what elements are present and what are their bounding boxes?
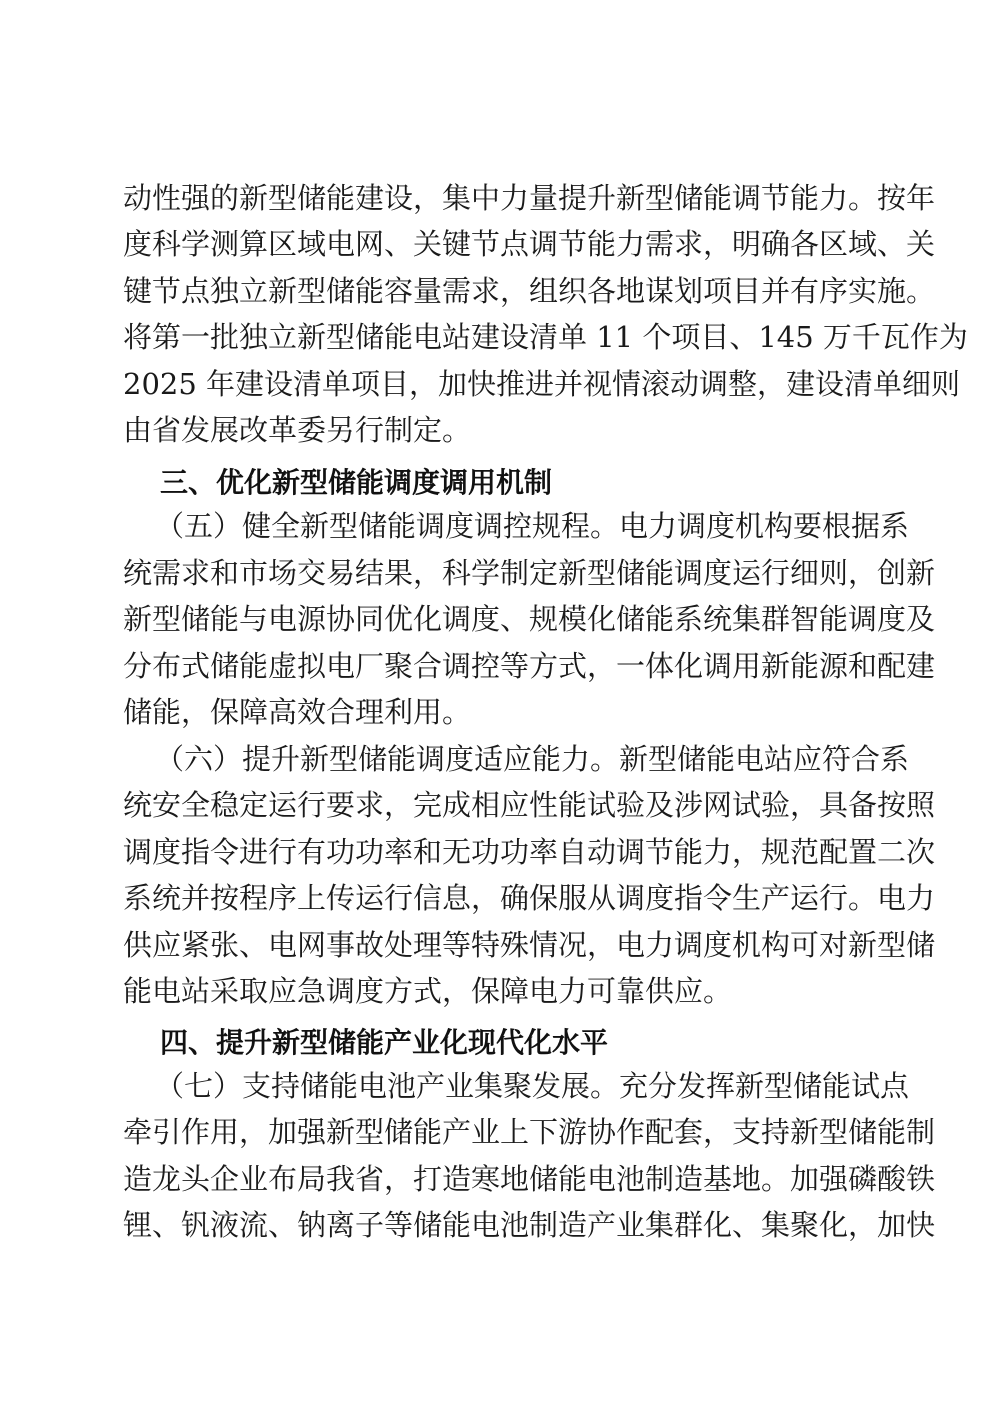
- paragraph-line: 由省发展改革委另行制定。: [123, 410, 883, 450]
- item-6-line: 调度指令进行有功功率和无功功率自动调节能力，规范配置二次: [123, 832, 883, 872]
- item-6-line: 供应紧张、电网事故处理等特殊情况，电力调度机构可对新型储: [123, 925, 883, 965]
- item-5-line: 储能，保障高效合理利用。: [123, 692, 883, 732]
- paragraph-line: 度科学测算区域电网、关键节点调节能力需求，明确各区域、关: [123, 224, 883, 264]
- item-6-line: 能电站采取应急调度方式，保障电力可靠供应。: [123, 971, 883, 1011]
- item-7-line: 牵引作用，加强新型储能产业上下游协作配套，支持新型储能制: [123, 1112, 883, 1152]
- item-5-line: 统需求和市场交易结果，科学制定新型储能调度运行细则，创新: [123, 553, 883, 593]
- paragraph-line: 键节点独立新型储能容量需求，组织各地谋划项目并有序实施。: [123, 271, 883, 311]
- item-5-line: 新型储能与电源协同优化调度、规模化储能系统集群智能调度及: [123, 599, 883, 639]
- paragraph-line: 动性强的新型储能建设，集中力量提升新型储能调节能力。按年: [123, 178, 883, 218]
- section-heading-3: 三、优化新型储能调度调用机制: [160, 463, 552, 503]
- item-7-line: （七）支持储能电池产业集聚发展。充分发挥新型储能试点: [155, 1066, 883, 1106]
- item-5-line: （五）健全新型储能调度调控规程。电力调度机构要根据系: [155, 506, 883, 546]
- paragraph-line: 将第一批独立新型储能电站建设清单 11 个项目、145 万千瓦作为: [123, 317, 883, 357]
- item-6-line: 系统并按程序上传运行信息，确保服从调度指令生产运行。电力: [123, 878, 883, 918]
- item-6-line: （六）提升新型储能调度适应能力。新型储能电站应符合系: [155, 739, 883, 779]
- section-heading-4: 四、提升新型储能产业化现代化水平: [160, 1023, 608, 1063]
- item-5-line: 分布式储能虚拟电厂聚合调控等方式，一体化调用新能源和配建: [123, 646, 883, 686]
- item-6-line: 统安全稳定运行要求，完成相应性能试验及涉网试验，具备按照: [123, 785, 883, 825]
- item-7-line: 造龙头企业布局我省，打造寒地储能电池制造基地。加强磷酸铁: [123, 1159, 883, 1199]
- document-page: 动性强的新型储能建设，集中力量提升新型储能调节能力。按年 度科学测算区域电网、关…: [0, 0, 1000, 1414]
- item-7-line: 锂、钒液流、钠离子等储能电池制造产业集群化、集聚化，加快: [123, 1205, 883, 1245]
- paragraph-line: 2025 年建设清单项目，加快推进并视情滚动调整，建设清单细则: [123, 364, 883, 404]
